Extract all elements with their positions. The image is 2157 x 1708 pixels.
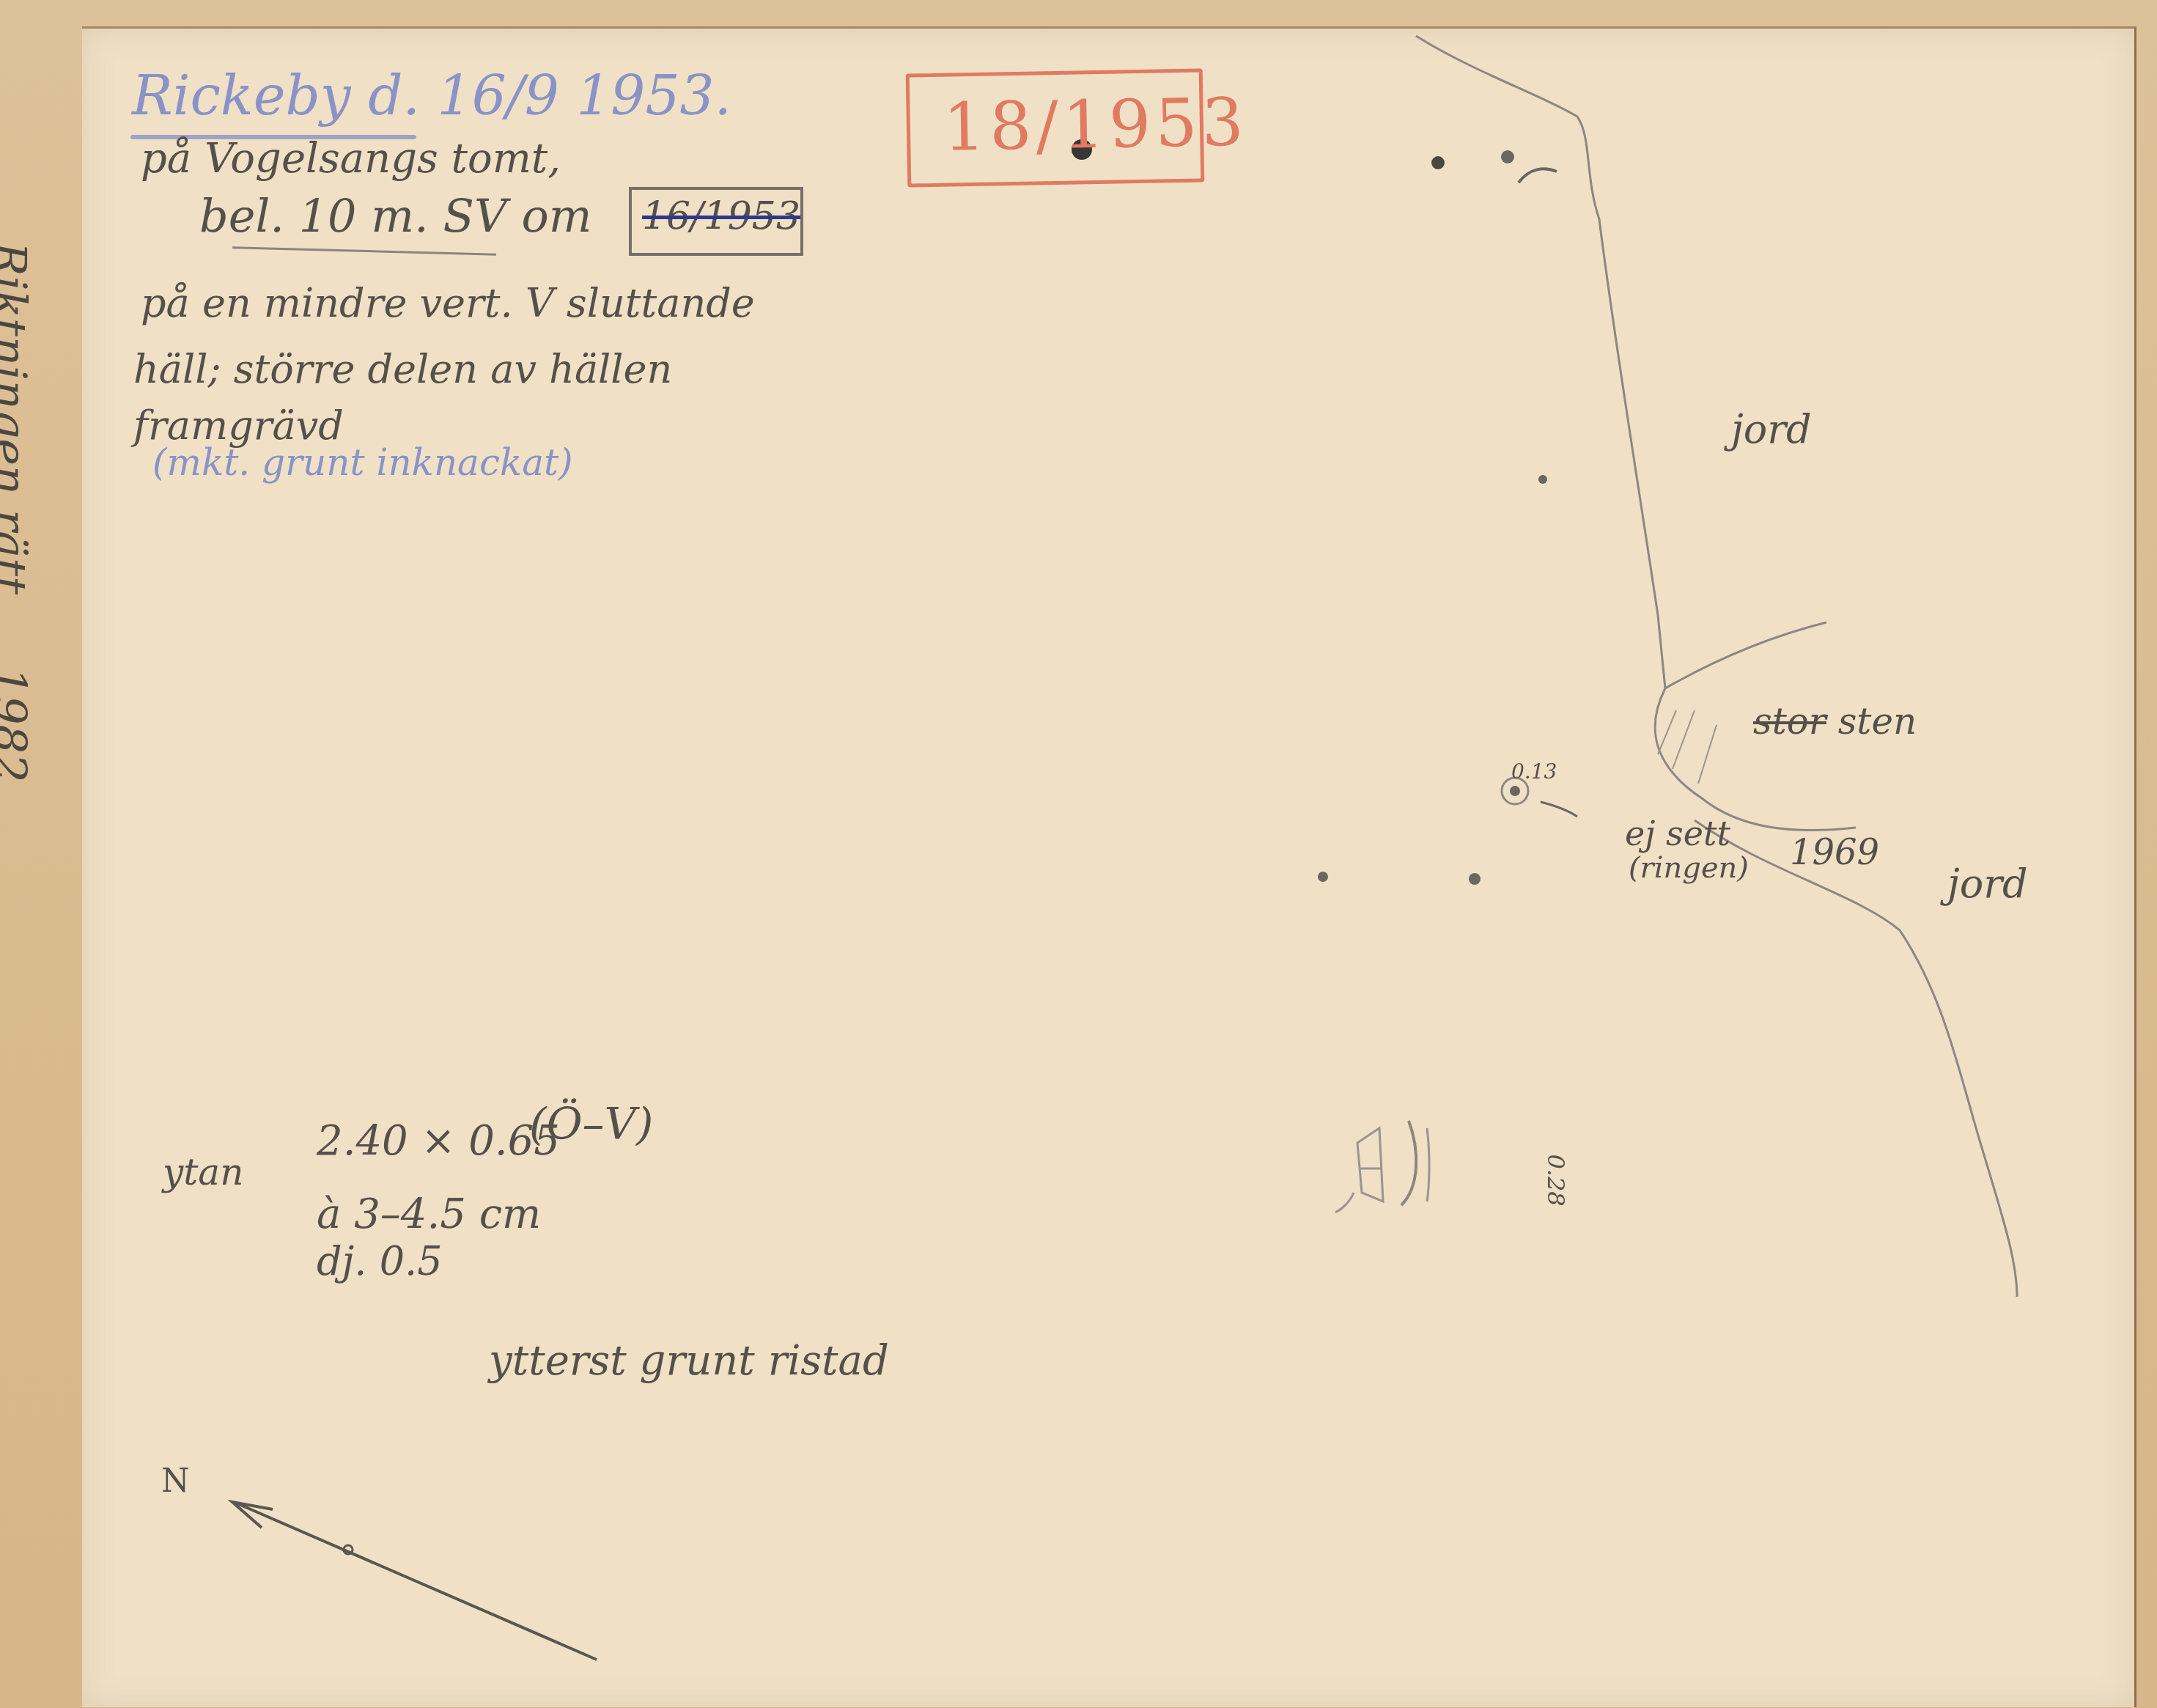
- description-note-blue: (mkt. grunt inknackat): [152, 444, 573, 481]
- old-number-struck: 16/1953: [642, 197, 800, 235]
- not-seen-label: ej sett: [1625, 817, 1730, 850]
- figure-dimension-label: 0.28: [1544, 1154, 1568, 1206]
- description-line-2: häll; större delen av hällen: [133, 350, 672, 389]
- measurement-size: 2.40 × 0.65: [317, 1121, 560, 1162]
- description-line-3: framgrävd: [133, 406, 344, 446]
- old-number-box: 16/1953: [629, 187, 803, 256]
- measurement-label: ytan: [163, 1154, 243, 1190]
- measurement-orientation: (Ö–V): [529, 1103, 653, 1146]
- label-soil-top: jord: [1731, 410, 1812, 449]
- label-soil-right: jord: [1947, 864, 2028, 904]
- not-seen-ring-label: (ringen): [1629, 853, 1749, 883]
- register-number: 18/1953: [943, 89, 1248, 161]
- margin-vertical-note: Riktningen rätt 1982: [0, 242, 37, 783]
- label-stone-struck: stor: [1753, 700, 1826, 743]
- north-arrow-line: [234, 1502, 597, 1660]
- north-label: N: [161, 1465, 190, 1498]
- not-seen-year: 1969: [1790, 835, 1879, 870]
- record-title: Rickeby d. 16/9 1953.: [132, 69, 731, 123]
- paper-sheet: Rickeby d. 16/9 1953. på Vogelsangs tomt…: [82, 26, 2136, 1707]
- description-line-1: på en mindre vert. V sluttande: [141, 284, 755, 323]
- measurement-depth: à 3–4.5 cm: [317, 1194, 541, 1235]
- remark-note: ytterst grunt ristad: [489, 1341, 889, 1382]
- margin-note-year: 1982: [0, 667, 37, 783]
- label-stone: stor sten: [1753, 703, 1917, 740]
- location-line-1: på Vogelsangs tomt,: [141, 139, 561, 180]
- measurement-diameter: dj. 0.5: [317, 1242, 443, 1281]
- margin-note-text: Riktningen rätt: [0, 242, 37, 595]
- location-line-2: bel. 10 m. SV om: [199, 194, 592, 239]
- register-stamp: 18/1953: [906, 68, 1205, 187]
- divider-line: [232, 246, 496, 255]
- cupmark-depth-label: 0.13: [1511, 762, 1557, 782]
- label-stone-word: sten: [1838, 700, 1917, 743]
